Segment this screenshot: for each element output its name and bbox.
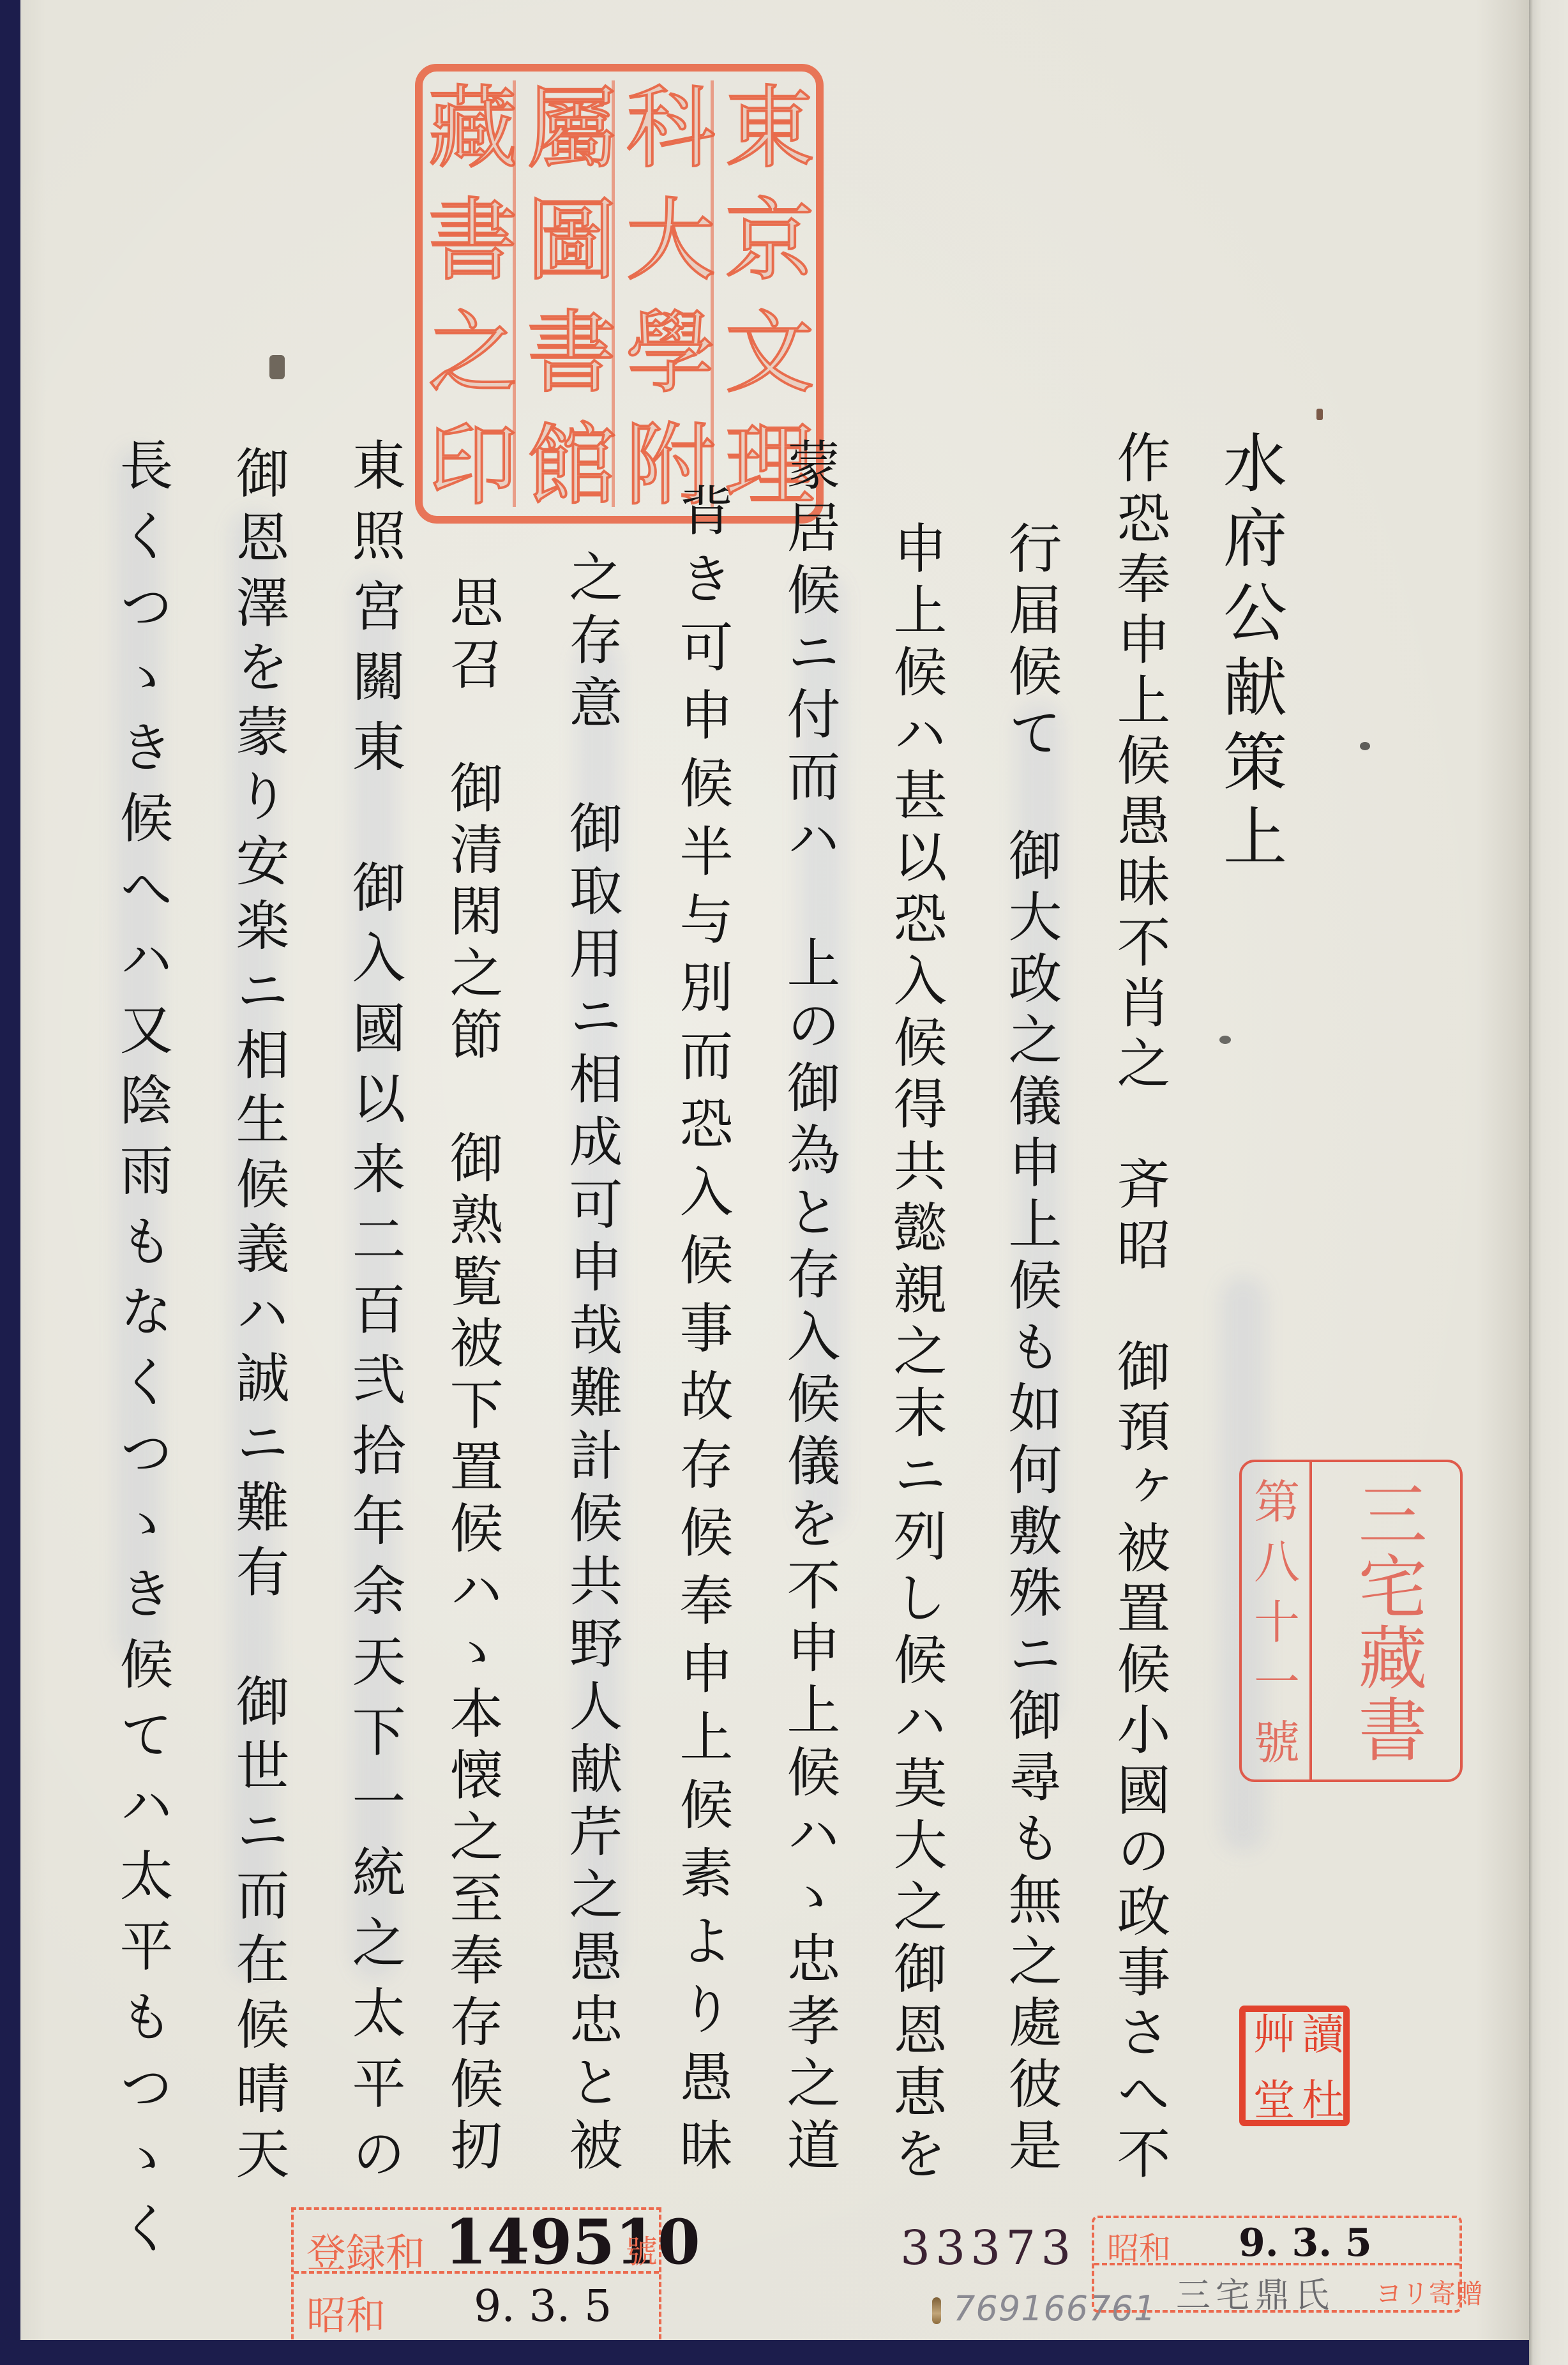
oval-mark bbox=[932, 2297, 941, 2324]
label-divider bbox=[1094, 2263, 1459, 2265]
library-seal-column: 科大學附 bbox=[612, 80, 711, 507]
wormhole-speck bbox=[1219, 1036, 1231, 1044]
text-column: 行届候て 御大政之儀申上候も如何敷殊ニ御尋も無之處彼是 bbox=[983, 520, 1079, 2171]
text-column: 申上候ハ甚以恐入候得共懿親之末ニ列し候ハ莫大之御恩恵を bbox=[868, 520, 964, 2179]
registration-suffix: 號 bbox=[626, 2226, 658, 2272]
text-column: 之存意 御取用ニ相成可申哉難計候共野人献芹之愚忠と被 bbox=[544, 549, 640, 2171]
collection-seal-stamp: 三宅藏書 第八十一號 bbox=[1239, 1460, 1463, 1782]
text-column: 背き可申候半与別而恐入候事故存候奉申上候素より愚昧 bbox=[654, 483, 750, 2171]
text-column: 長くつゝき候へハ又陰雨もなくつゝき候てハ太平もつゝく bbox=[94, 437, 190, 2254]
text-column: 作恐奉申上候愚昧不肖之 斉昭 御預ヶ被置候小國の政事さへ不 bbox=[1092, 430, 1187, 2179]
registration-number: 149510 bbox=[444, 2206, 700, 2278]
donor-name: 三宅鼎氏 bbox=[1176, 2268, 1334, 2317]
donation-label: 昭和 9. 3. 5 三宅鼎氏 ヨリ寄贈 bbox=[1092, 2216, 1462, 2313]
text-column: 御恩澤を蒙り安楽ニ相生候義ハ誠ニ難有 御世ニ而在候晴天 bbox=[211, 445, 306, 2179]
studio-seal-stamp: 讀杜 艸堂 bbox=[1239, 2006, 1350, 2126]
donation-note: ヨリ寄贈 bbox=[1375, 2273, 1482, 2311]
manuscript-page: 東京文理 科大學附 屬圖書館 藏書之印 水府公献策上 作恐奉申上候愚昧不肖之 斉… bbox=[20, 0, 1529, 2340]
collection-seal-name: 三宅藏書 bbox=[1312, 1462, 1460, 1779]
studio-seal-column: 艸堂 bbox=[1247, 2012, 1293, 2120]
collection-seal-number: 第八十一號 bbox=[1239, 1462, 1312, 1779]
stain-speck bbox=[1316, 409, 1323, 420]
wormhole-speck bbox=[1360, 742, 1370, 750]
registration-era: 昭和 bbox=[306, 2284, 386, 2340]
registration-label: 登録和 149510 號 昭和 9. 3. 5 bbox=[291, 2207, 661, 2340]
stain-speck bbox=[269, 355, 285, 379]
text-column: 東照宮關東 御入國以来二百弐拾年余天下一統之太平の bbox=[327, 437, 423, 2179]
studio-seal-column: 讀杜 bbox=[1296, 2012, 1342, 2120]
text-column: 蒙居候ニ付而ハ 上の御為と存入候儀を不申上候ハゝ忠孝之道 bbox=[762, 437, 857, 2171]
document-title: 水府公献策上 bbox=[1202, 430, 1297, 867]
registration-prefix: 登録和 bbox=[306, 2221, 425, 2278]
adjacent-page-edge bbox=[1529, 0, 1568, 2365]
label-divider bbox=[294, 2271, 659, 2274]
donation-date: 9. 3. 5 bbox=[1239, 2221, 1372, 2265]
library-seal-column: 藏書之印 bbox=[417, 80, 513, 507]
text-column: 思召 御清閑之節 御熟覧被下置候ハゝ本懐之至奉存候扨 bbox=[425, 575, 520, 2171]
registration-date: 9. 3. 5 bbox=[474, 2281, 612, 2332]
library-seal-column: 屬圖書館 bbox=[513, 80, 612, 507]
call-number: 33373 bbox=[900, 2221, 1076, 2276]
